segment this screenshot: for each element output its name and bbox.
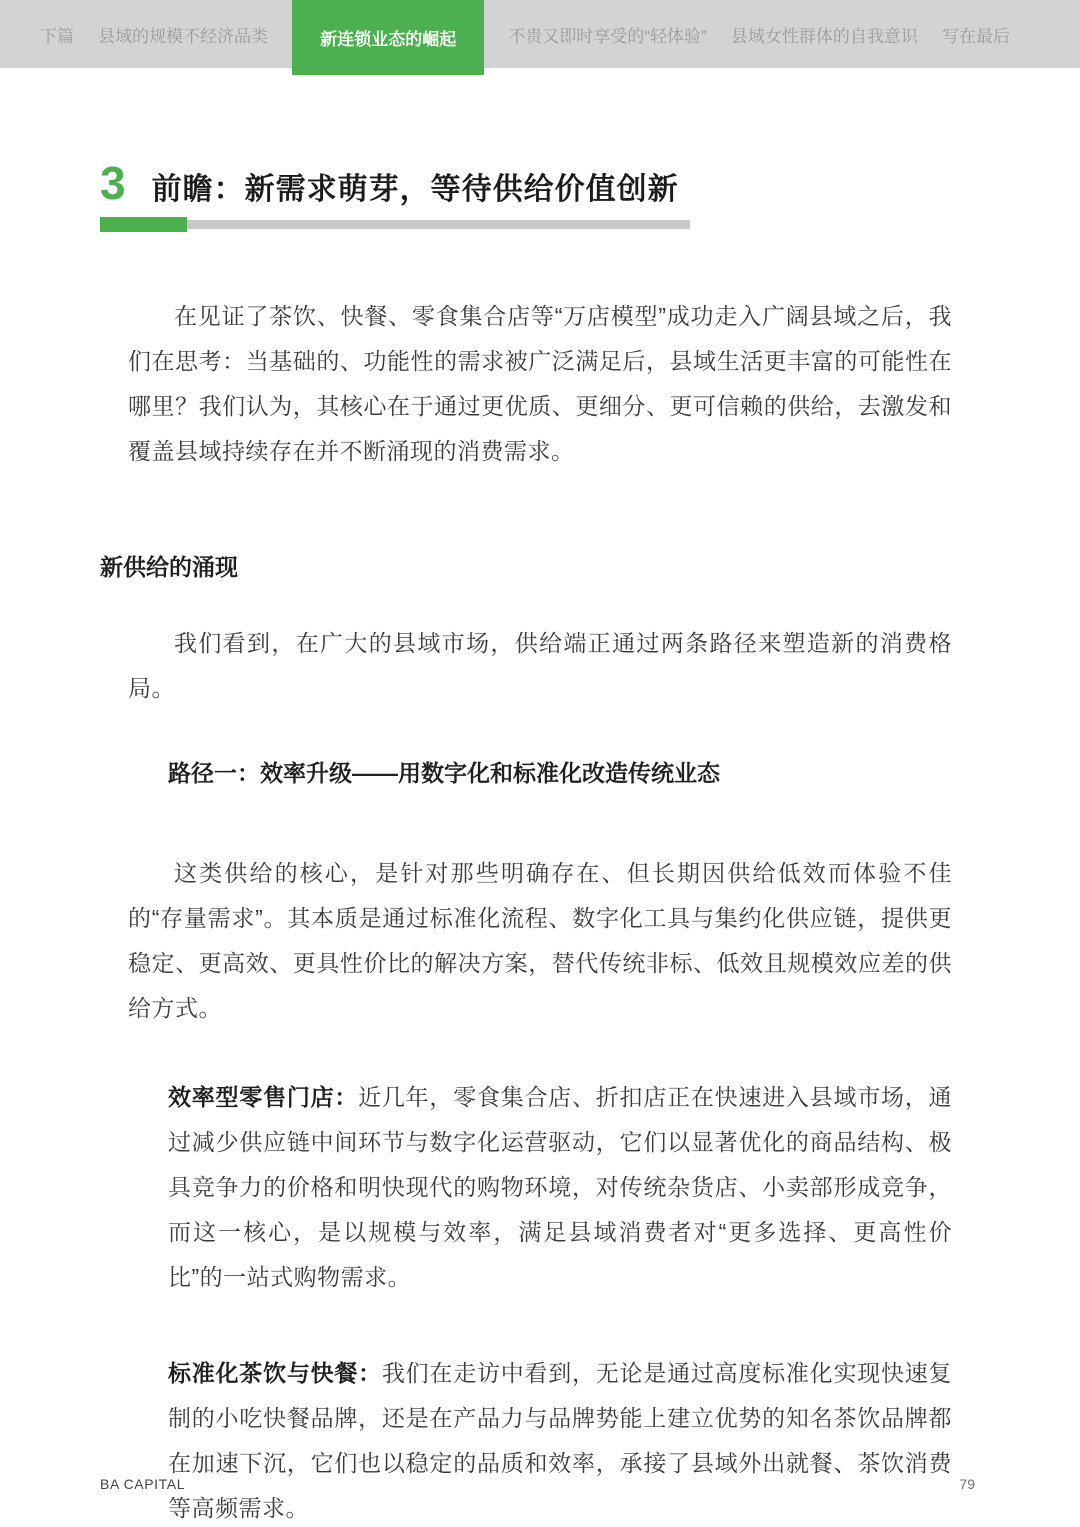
bar-accent-segment <box>100 217 187 232</box>
path1-body-paragraph: 这类供给的核心，是针对那些明确存在、但长期因供给低效而体验不佳的“存量需求”。其… <box>128 851 952 1031</box>
title-underline-bar <box>100 217 690 232</box>
page-number: 79 <box>959 1476 975 1492</box>
tab-new-chain-formats-active[interactable]: 新连锁业态的崛起 <box>292 0 484 75</box>
subsection-title-new-supply: 新供给的涌现 <box>100 545 952 590</box>
section-heading: 3 前瞻：新需求萌芽，等待供给价值创新 <box>100 160 952 208</box>
block-standardized-tea-fastfood-lead: 标准化茶饮与快餐： <box>168 1360 382 1386</box>
tab-diseconomy-categories[interactable]: 县域的规模不经济品类 <box>98 0 268 68</box>
tab-light-experience[interactable]: 不贵又即时享受的“轻体验” <box>508 0 706 68</box>
brand-label: BA CAPITAL <box>100 1476 185 1492</box>
top-tab-bar: 下篇 县域的规模不经济品类 新连锁业态的崛起 不贵又即时享受的“轻体验” 县域女… <box>0 0 1080 68</box>
lead-paragraph: 我们看到，在广大的县域市场，供给端正通过两条路径来塑造新的消费格局。 <box>128 621 952 711</box>
page-content: 3 前瞻：新需求萌芽，等待供给价值创新 在见证了茶饮、快餐、零食集合店等“万店模… <box>0 160 1080 1527</box>
tab-xiapian[interactable]: 下篇 <box>40 0 74 68</box>
path1-title: 路径一：效率升级——用数字化和标准化改造传统业态 <box>168 751 952 796</box>
block-efficiency-retail-body: 近几年，零食集合店、折扣店正在快速进入县域市场，通过减少供应链中间环节与数字化运… <box>168 1084 952 1290</box>
block-efficiency-retail: 效率型零售门店：近几年，零食集合店、折扣店正在快速进入县域市场，通过减少供应链中… <box>168 1075 952 1300</box>
bar-track-segment <box>187 220 690 229</box>
section-number: 3 <box>100 160 126 206</box>
block-standardized-tea-fastfood: 标准化茶饮与快餐：我们在走访中看到，无论是通过高度标准化实现快速复制的小吃快餐品… <box>168 1351 952 1527</box>
intro-paragraph: 在见证了茶饮、快餐、零食集合店等“万店模型”成功走入广阔县域之后，我们在思考：当… <box>128 294 952 474</box>
block-efficiency-retail-lead: 效率型零售门店： <box>168 1084 358 1110</box>
page-title: 前瞻：新需求萌芽，等待供给价值创新 <box>152 172 679 208</box>
tab-postscript[interactable]: 写在最后 <box>942 0 1010 68</box>
tab-female-self-awareness[interactable]: 县域女性群体的自我意识 <box>731 0 918 68</box>
page-footer: BA CAPITAL 79 <box>100 1476 975 1492</box>
